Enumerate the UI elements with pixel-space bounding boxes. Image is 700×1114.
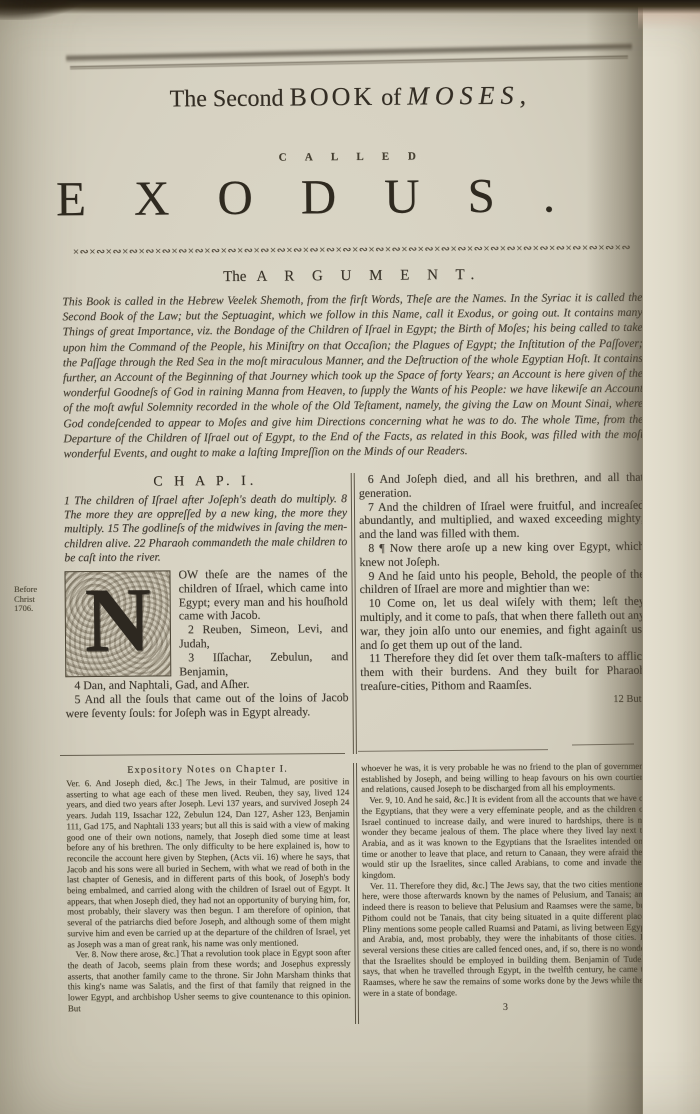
chapter-heading: C H A P. I. [64,473,347,491]
scanned-book-page: The Second BOOK of MOSES, C A L L E D EX… [0,0,700,1114]
drop-cap-letter: N [84,570,151,672]
chapter-left-column: C H A P. I. 1 The children of Iſrael aft… [64,473,353,756]
book-title-part4: MOSES, [407,81,532,111]
chapter-columns: C H A P. I. 1 The children of Iſrael aft… [64,471,646,757]
argument-heading-word: A R G U M E N T. [256,267,481,285]
page-curl-shadow [586,0,642,1114]
notes-heading: Expository Notes on Chapter I. [66,763,349,776]
photo-top-edge [0,0,700,14]
notes-left-column: Expository Notes on Chapter I. Ver. 6. A… [66,763,355,1027]
book-title-part2: BOOK [289,82,375,112]
book-title-part1: The Second [169,85,289,112]
verse-5: 5 And all the ſouls that came out of the… [65,691,348,721]
called-label: C A L L E D [59,149,643,166]
argument-heading: TheA R G U M E N T. [60,266,644,288]
main-title-exodus: EXODUS. [37,166,621,228]
note-ver-6: Ver. 6. And Joseph died, &c.] The Jews, … [66,776,350,949]
argument-heading-the: The [223,269,246,285]
argument-text: This Book is called in the Hebrew Veelek… [62,290,643,462]
ornament-band: ×∾×∾×∾×∾×∾×∾×∾×∾×∾×∾×∾×∾×∾×∾×∾×∾×∾×∾×∾×∾… [60,241,644,259]
book-title: The Second BOOK of MOSES, [59,80,643,115]
margin-note-before-christ: Before Christ 1706. [14,585,56,614]
woodcut-initial: N [64,570,171,677]
chapter-summary: 1 The children of Iſrael after Joſeph's … [64,492,348,565]
next-page-edge [642,0,700,1114]
note-ver-8: Ver. 8. Now there arose, &c.] That a rev… [67,947,350,1013]
book-title-part3: of [375,85,407,111]
expository-notes: Expository Notes on Chapter I. Ver. 6. A… [66,761,648,1027]
photo-top-left-shadow [0,0,82,20]
